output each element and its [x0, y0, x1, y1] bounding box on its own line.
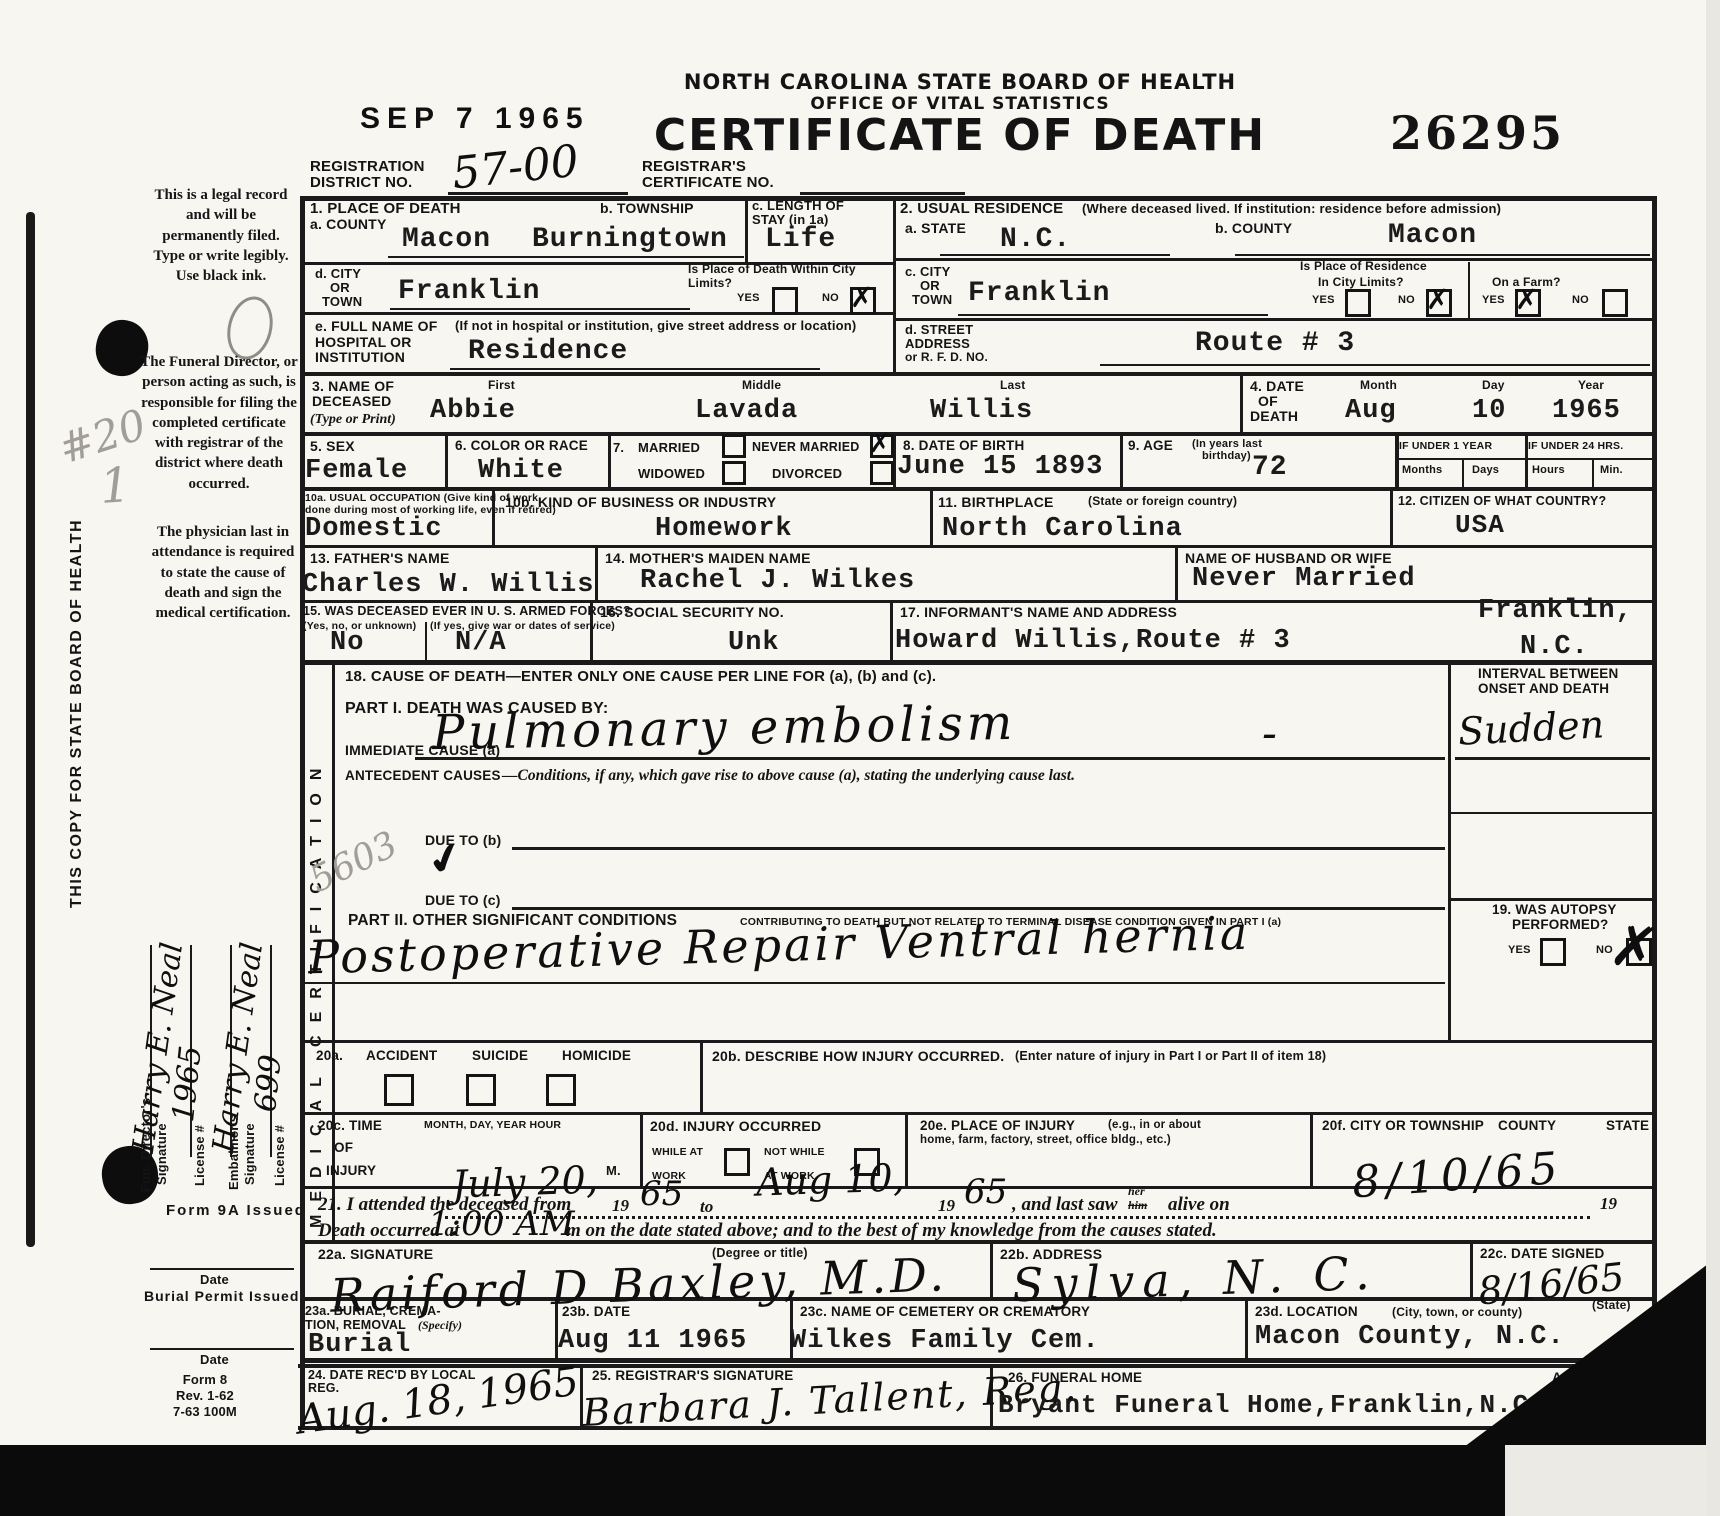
length-of-stay-value: Life [765, 224, 836, 255]
registration-district-label: REGISTRATION [310, 158, 425, 175]
rule [150, 1268, 294, 1270]
license-label: License # [272, 1125, 287, 1186]
rule [800, 192, 965, 195]
rule [300, 372, 1655, 376]
physician-address: Sylva, N. C. [1011, 1246, 1378, 1313]
form-number: Form 8 [150, 1372, 260, 1387]
business-industry-label: 10b. KIND OF BUSINESS OR INDUSTRY [505, 494, 776, 510]
rule [300, 600, 1655, 603]
type-or-print-note: (Type or Print) [310, 412, 396, 428]
rule [300, 1358, 1655, 1363]
homicide-checkbox [546, 1074, 576, 1106]
death-certificate-scan: SEP 7 1965 NORTH CAROLINA STATE BOARD OF… [0, 0, 1720, 1516]
time-of-injury-note: MONTH, DAY, YEAR HOUR [424, 1119, 561, 1131]
x-mark: ✗ [1515, 286, 1538, 314]
rule [1245, 1297, 1248, 1358]
rule [300, 487, 1655, 491]
rule [300, 196, 305, 1428]
rule [893, 196, 896, 372]
widowed-label: WIDOWED [638, 466, 705, 481]
cemetery-label: 23c. NAME OF CEMETERY OR CREMATORY [800, 1304, 1090, 1319]
rule [1592, 458, 1594, 487]
year-prefix: 19 [612, 1196, 629, 1216]
rule [445, 432, 448, 487]
citizen-label: 12. CITIZEN OF WHAT COUNTRY? [1398, 494, 1606, 508]
antecedent-causes-label: ANTECEDENT CAUSES [345, 768, 501, 783]
her-word: her [1128, 1184, 1145, 1199]
injury-county-label: COUNTY [1498, 1118, 1556, 1133]
state-label: a. STATE [905, 220, 966, 236]
rule [448, 192, 628, 195]
rule [595, 545, 598, 600]
residence-city-label: TOWN [912, 292, 952, 307]
days-label: Days [1472, 464, 1499, 476]
attended-from-year: 65 [640, 1174, 683, 1214]
describe-injury-note: (Enter nature of injury in Part I or Par… [1015, 1049, 1326, 1063]
date-of-death-label: OF [1258, 393, 1278, 409]
yes-label: YES [1508, 944, 1531, 956]
burial-date-label: 23b. DATE [562, 1304, 630, 1319]
last-name-label: Last [1000, 378, 1025, 392]
last-saw-statement: , and last saw [1012, 1194, 1118, 1216]
place-of-injury-label: 20e. PLACE OF INJURY [920, 1118, 1075, 1133]
scan-right-edge [1706, 0, 1720, 1516]
time-of-injury-label: 20c. TIME [318, 1118, 382, 1133]
rule [305, 982, 1445, 984]
rule [608, 432, 611, 487]
attended-from-date: July 20, [451, 1157, 598, 1206]
death-time-value: 1:00 AM [428, 1204, 575, 1244]
day-label: Day [1482, 378, 1505, 392]
time-of-injury-label: OF [334, 1140, 353, 1155]
burial-type-label: 23a. BURIAL, CREMA- [305, 1304, 441, 1318]
never-married-label: NEVER MARRIED [752, 440, 859, 454]
divorced-checkbox [870, 461, 894, 485]
last-seen-date: 8/10/65 [1350, 1143, 1565, 1209]
interval-label: INTERVAL BETWEEN [1478, 666, 1618, 681]
armed-forces-answer: No [330, 628, 364, 658]
rule [425, 622, 427, 660]
year-prefix: 19 [938, 1196, 955, 1216]
physician-note: The physician last in attendance is requ… [148, 522, 298, 623]
rule [1652, 196, 1657, 1428]
rule [1448, 812, 1655, 814]
day-value: 10 [1472, 396, 1506, 426]
county-value: Macon [402, 224, 491, 255]
rule [1448, 898, 1655, 901]
attended-to-date: Aug 10, [755, 1155, 905, 1204]
registrar-certificate-label: CERTIFICATE NO. [642, 174, 774, 191]
sex-value: Female [305, 456, 408, 486]
rule [300, 432, 1655, 436]
widowed-checkbox [722, 461, 746, 485]
under-1-year-label: IF UNDER 1 YEAR [1399, 440, 1492, 452]
certificate-number: 26295 [1390, 106, 1565, 160]
burial-type-value: Burial [308, 1330, 411, 1360]
immediate-cause-value: Pulmonary embolism [432, 695, 1017, 761]
rule [512, 847, 1445, 850]
married-checkbox [722, 434, 746, 458]
rule [905, 1112, 908, 1186]
residence-county-value: Macon [1388, 220, 1477, 251]
state-note: (State) [1592, 1298, 1631, 1312]
form-revision: Rev. 1-62 [150, 1388, 260, 1403]
describe-injury-label: 20b. DESCRIBE HOW INJURY OCCURRED. [712, 1048, 1004, 1064]
burial-permit-date-label: Date [200, 1272, 229, 1287]
first-name-value: Abbie [430, 396, 516, 426]
suicide-checkbox [466, 1074, 496, 1106]
while-at-work-checkbox [724, 1148, 750, 1176]
suicide-label: SUICIDE [472, 1048, 528, 1063]
director-signature-label: Signature [154, 1123, 169, 1185]
meridiem-label: M. [606, 1163, 621, 1178]
last-name-value: Willis [930, 396, 1033, 426]
place-of-residence-label: Is Place of Residence [1300, 259, 1427, 273]
color-or-race-label: 6. COLOR OR RACE [455, 438, 588, 453]
rule [300, 545, 1655, 548]
in-city-limits-label: In City Limits? [1318, 275, 1404, 289]
age-value: 72 [1252, 452, 1288, 483]
autopsy-label: 19. WAS AUTOPSY [1492, 902, 1617, 917]
cause-of-death-header: 18. CAUSE OF DEATH—ENTER ONLY ONE CAUSE … [345, 668, 936, 685]
street-address-value: Route # 3 [1195, 328, 1355, 359]
x-mark: ✗ [1426, 286, 1449, 314]
sex-label: 5. SEX [310, 438, 355, 454]
year-value: 1965 [1552, 396, 1621, 426]
burial-location-label: 23d. LOCATION [1255, 1304, 1358, 1319]
yes-label: YES [737, 292, 760, 304]
birthplace-label: 11. BIRTHPLACE [938, 494, 1054, 510]
yes-label: YES [1482, 294, 1505, 306]
rule [512, 907, 1445, 910]
under-24-hrs-label: IF UNDER 24 HRS. [1528, 440, 1623, 452]
rule [300, 1112, 1655, 1115]
cemetery-value: Wilkes Family Cem. [790, 1326, 1100, 1356]
within-city-limits-label: Is Place of Death Within City [688, 262, 856, 276]
x-mark: ✗ [869, 431, 891, 457]
pencil-annotation: 1 [98, 457, 132, 515]
city-label: TOWN [322, 294, 362, 309]
homicide-label: HOMICIDE [562, 1048, 631, 1063]
him-word: him [1128, 1198, 1147, 1213]
date-of-birth-value: June 15 1893 [897, 452, 1103, 482]
registrar-certificate-label: REGISTRAR'S [642, 158, 746, 175]
month-label: Month [1360, 378, 1397, 392]
antecedent-causes-note: —Conditions, if any, which gave rise to … [502, 767, 1075, 785]
married-label: MARRIED [638, 440, 700, 455]
minutes-label: Min. [1600, 464, 1623, 476]
rule [893, 318, 1655, 321]
rule [300, 1040, 1655, 1043]
usual-residence-note: (Where deceased lived. If institution: r… [1082, 201, 1501, 216]
burial-permit-label: Burial Permit Issued [144, 1288, 299, 1304]
burial-date-value: Aug 11 1965 [558, 1326, 747, 1356]
armed-forces-label: 15. WAS DECEASED EVER IN U. S. ARMED FOR… [303, 604, 631, 618]
autopsy-label: PERFORMED? [1512, 917, 1609, 932]
rule [388, 256, 744, 258]
occupation-value: Domestic [305, 514, 443, 544]
injury-city-label: 20f. CITY OR TOWNSHIP [1322, 1118, 1484, 1133]
citizen-value: USA [1455, 510, 1505, 540]
funeral-director-note: The Funeral Director, or person acting a… [140, 352, 298, 494]
residence-city-label: OR [920, 278, 940, 293]
age-note: birthday) [1202, 450, 1251, 462]
place-of-injury-note: home, farm, factory, street, office bldg… [920, 1134, 1171, 1146]
burial-location-value: Macon County, N.C. [1255, 1322, 1565, 1352]
form-print-run: 7-63 100M [150, 1404, 260, 1419]
county-label: a. COUNTY [310, 216, 386, 232]
director-license-number: 1965 [166, 1044, 209, 1124]
rule [930, 487, 933, 545]
street-address-label: or R. F. D. NO. [905, 350, 988, 364]
township-label: b. TOWNSHIP [600, 200, 694, 216]
husband-or-wife-value: Never Married [1192, 564, 1416, 594]
physician-signature-label: 22a. SIGNATURE [318, 1246, 433, 1262]
state-value: N.C. [1000, 224, 1071, 255]
length-of-stay-label: c. LENGTH OF [752, 198, 844, 213]
age-label: 9. AGE [1128, 438, 1173, 453]
embalmer-license-number: 699 [248, 1053, 289, 1114]
due-to-c-label: DUE TO (c) [425, 892, 501, 908]
rule [300, 660, 1655, 665]
rule [1100, 364, 1650, 366]
city-label: OR [330, 280, 350, 295]
registration-district-value: 57-00 [450, 136, 581, 200]
rule [893, 258, 1655, 261]
rule [1235, 254, 1650, 256]
informant-city: Franklin, [1478, 596, 1633, 626]
registration-district-label: DISTRICT NO. [310, 174, 412, 191]
name-of-deceased-label: DECEASED [312, 393, 391, 409]
rule [1468, 262, 1470, 318]
injury-occurred-label: 20d. INJURY OCCURRED [650, 1118, 821, 1134]
mothers-maiden-name-label: 14. MOTHER'S MAIDEN NAME [605, 550, 811, 566]
accident-item-label: 20a. [316, 1048, 343, 1063]
director-signature-label: Fun. Director's [138, 1098, 153, 1192]
time-of-injury-label: INJURY [326, 1163, 376, 1178]
street-address-label: ADDRESS [905, 336, 970, 351]
no-checkbox [1602, 289, 1628, 317]
medical-certification-strip: MEDICAL CERTIFICATION [308, 756, 326, 1228]
mothers-maiden-name-value: Rachel J. Wilkes [640, 566, 915, 596]
license-label: License # [192, 1125, 207, 1186]
date-of-death-label: 4. DATE [1250, 378, 1304, 394]
year-prefix: 19 [1600, 1194, 1617, 1214]
place-of-death-title: 1. PLACE OF DEATH [310, 200, 461, 217]
rule [1462, 458, 1464, 487]
birthplace-note: (State or foreign country) [1088, 494, 1237, 508]
yes-checkbox [1540, 938, 1566, 966]
rule [890, 600, 893, 660]
funeral-home-value: Bryant Funeral Home,Franklin,N.C. [998, 1390, 1546, 1420]
rule [450, 368, 820, 370]
rule [1240, 372, 1243, 432]
business-value: Homework [655, 514, 793, 544]
rule [150, 1348, 294, 1350]
usual-residence-title: 2. USUAL RESIDENCE [900, 200, 1063, 217]
institution-value: Residence [468, 336, 628, 367]
rule [700, 1040, 703, 1112]
institution-label: HOSPITAL OR [315, 334, 412, 350]
no-label: NO [1398, 294, 1415, 306]
birthplace-value: North Carolina [942, 514, 1183, 544]
residence-city-label: c. CITY [905, 264, 950, 279]
while-at-work-label: WHILE AT [652, 1146, 703, 1158]
institution-label: e. FULL NAME OF [315, 318, 438, 334]
date-of-death-label: DEATH [1250, 408, 1298, 424]
alive-on-statement: alive on [1168, 1194, 1230, 1216]
rule [1120, 432, 1123, 487]
social-security-label: 16. SOCIAL SECURITY NO. [600, 604, 784, 620]
funeral-home-label: 26. FUNERAL HOME [1008, 1370, 1142, 1385]
marital-item-label: 7. [613, 440, 624, 455]
accident-checkbox [384, 1074, 414, 1106]
name-of-deceased-label: 3. NAME OF [312, 378, 394, 394]
hours-label: Hours [1532, 464, 1565, 476]
rule [300, 312, 893, 315]
embalmer-signature-label: Embalmer's [226, 1115, 241, 1190]
middle-name-label: Middle [742, 378, 781, 392]
x-mark: ✗ [1606, 915, 1662, 979]
x-mark: ✗ [850, 284, 873, 312]
date-of-birth-label: 8. DATE OF BIRTH [903, 438, 1024, 453]
rule [445, 1216, 1590, 1219]
rule [415, 757, 1445, 760]
rule [298, 1426, 1658, 1430]
embalmer-signature-label: Signature [242, 1123, 257, 1185]
rule [1175, 545, 1178, 600]
months-label: Months [1402, 464, 1442, 476]
rule [745, 196, 748, 262]
within-city-limits-label: Limits? [688, 276, 732, 290]
residence-county-label: b. COUNTY [1215, 220, 1292, 236]
injury-state-label: STATE [1606, 1118, 1649, 1133]
death-occurred-note: m on the date stated above; and to the b… [566, 1220, 1217, 1242]
rule [990, 1240, 993, 1297]
fathers-name-label: 13. FATHER'S NAME [310, 550, 450, 566]
township-value: Burningtown [532, 224, 728, 255]
no-label: NO [822, 292, 839, 304]
funeral-home-address-label: ADDRESS [1552, 1370, 1619, 1385]
attended-to-year: 65 [964, 1172, 1007, 1212]
city-value: Franklin [398, 276, 540, 307]
rule [1390, 487, 1393, 545]
rule [1310, 1112, 1313, 1186]
rule [1455, 757, 1650, 760]
rule [390, 308, 690, 310]
informant-state: N.C. [1520, 632, 1589, 662]
legal-note: This is a legal record and will be perma… [150, 185, 292, 286]
interval-value: Sudden [1457, 702, 1605, 754]
certificate-title: CERTIFICATE OF DEATH [540, 110, 1380, 161]
street-address-label: d. STREET [905, 322, 973, 337]
interval-label: ONSET AND DEATH [1478, 681, 1609, 696]
burial-location-note: (City, town, or county) [1392, 1305, 1522, 1319]
specify-note: (Specify) [418, 1318, 462, 1333]
copy-destination-note: THIS COPY FOR STATE BOARD OF HEALTH [68, 519, 86, 908]
date-label: Date [200, 1352, 229, 1367]
no-label: NO [1572, 294, 1589, 306]
rule [1470, 1240, 1473, 1297]
rule [1448, 660, 1451, 1040]
age-note: (In years last [1192, 438, 1262, 450]
divorced-label: DIVORCED [772, 466, 842, 481]
not-while-at-work-label: NOT WHILE [764, 1146, 825, 1158]
immediate-cause-dash: - [1262, 708, 1277, 759]
fathers-name-value: Charles W. Willis [302, 570, 594, 600]
place-of-injury-note: (e.g., in or about [1108, 1119, 1201, 1131]
month-value: Aug [1345, 396, 1397, 426]
yes-checkbox [772, 287, 798, 315]
accident-label: ACCIDENT [366, 1048, 437, 1063]
to-word: to [700, 1197, 713, 1217]
residence-city-value: Franklin [968, 278, 1110, 309]
institution-note: (If not in hospital or institution, give… [455, 318, 856, 333]
year-label: Year [1578, 378, 1604, 392]
informant-value: Howard Willis,Route # 3 [895, 626, 1291, 656]
city-label: d. CITY [315, 266, 361, 281]
scan-bottom-band [0, 1445, 1505, 1516]
race-value: White [478, 456, 564, 486]
board-title: NORTH CAROLINA STATE BOARD OF HEALTH [540, 70, 1380, 94]
rule [958, 314, 1268, 316]
service-dates-value: N/A [455, 628, 507, 658]
yes-label: YES [1312, 294, 1335, 306]
first-name-label: First [488, 378, 515, 392]
middle-name-value: Lavada [695, 396, 798, 426]
institution-label: INSTITUTION [315, 349, 405, 365]
form-9a-label: Form 9A Issued [166, 1202, 306, 1219]
social-security-value: Unk [728, 628, 780, 658]
scan-bottom-corner [1505, 1445, 1720, 1516]
yes-checkbox [1345, 289, 1371, 317]
informant-label: 17. INFORMANT'S NAME AND ADDRESS [900, 604, 1177, 620]
rule [298, 1364, 1658, 1368]
usual-occupation-label: 10a. USUAL OCCUPATION (Give kind of work [305, 492, 538, 504]
scan-edge-line [26, 212, 35, 1247]
